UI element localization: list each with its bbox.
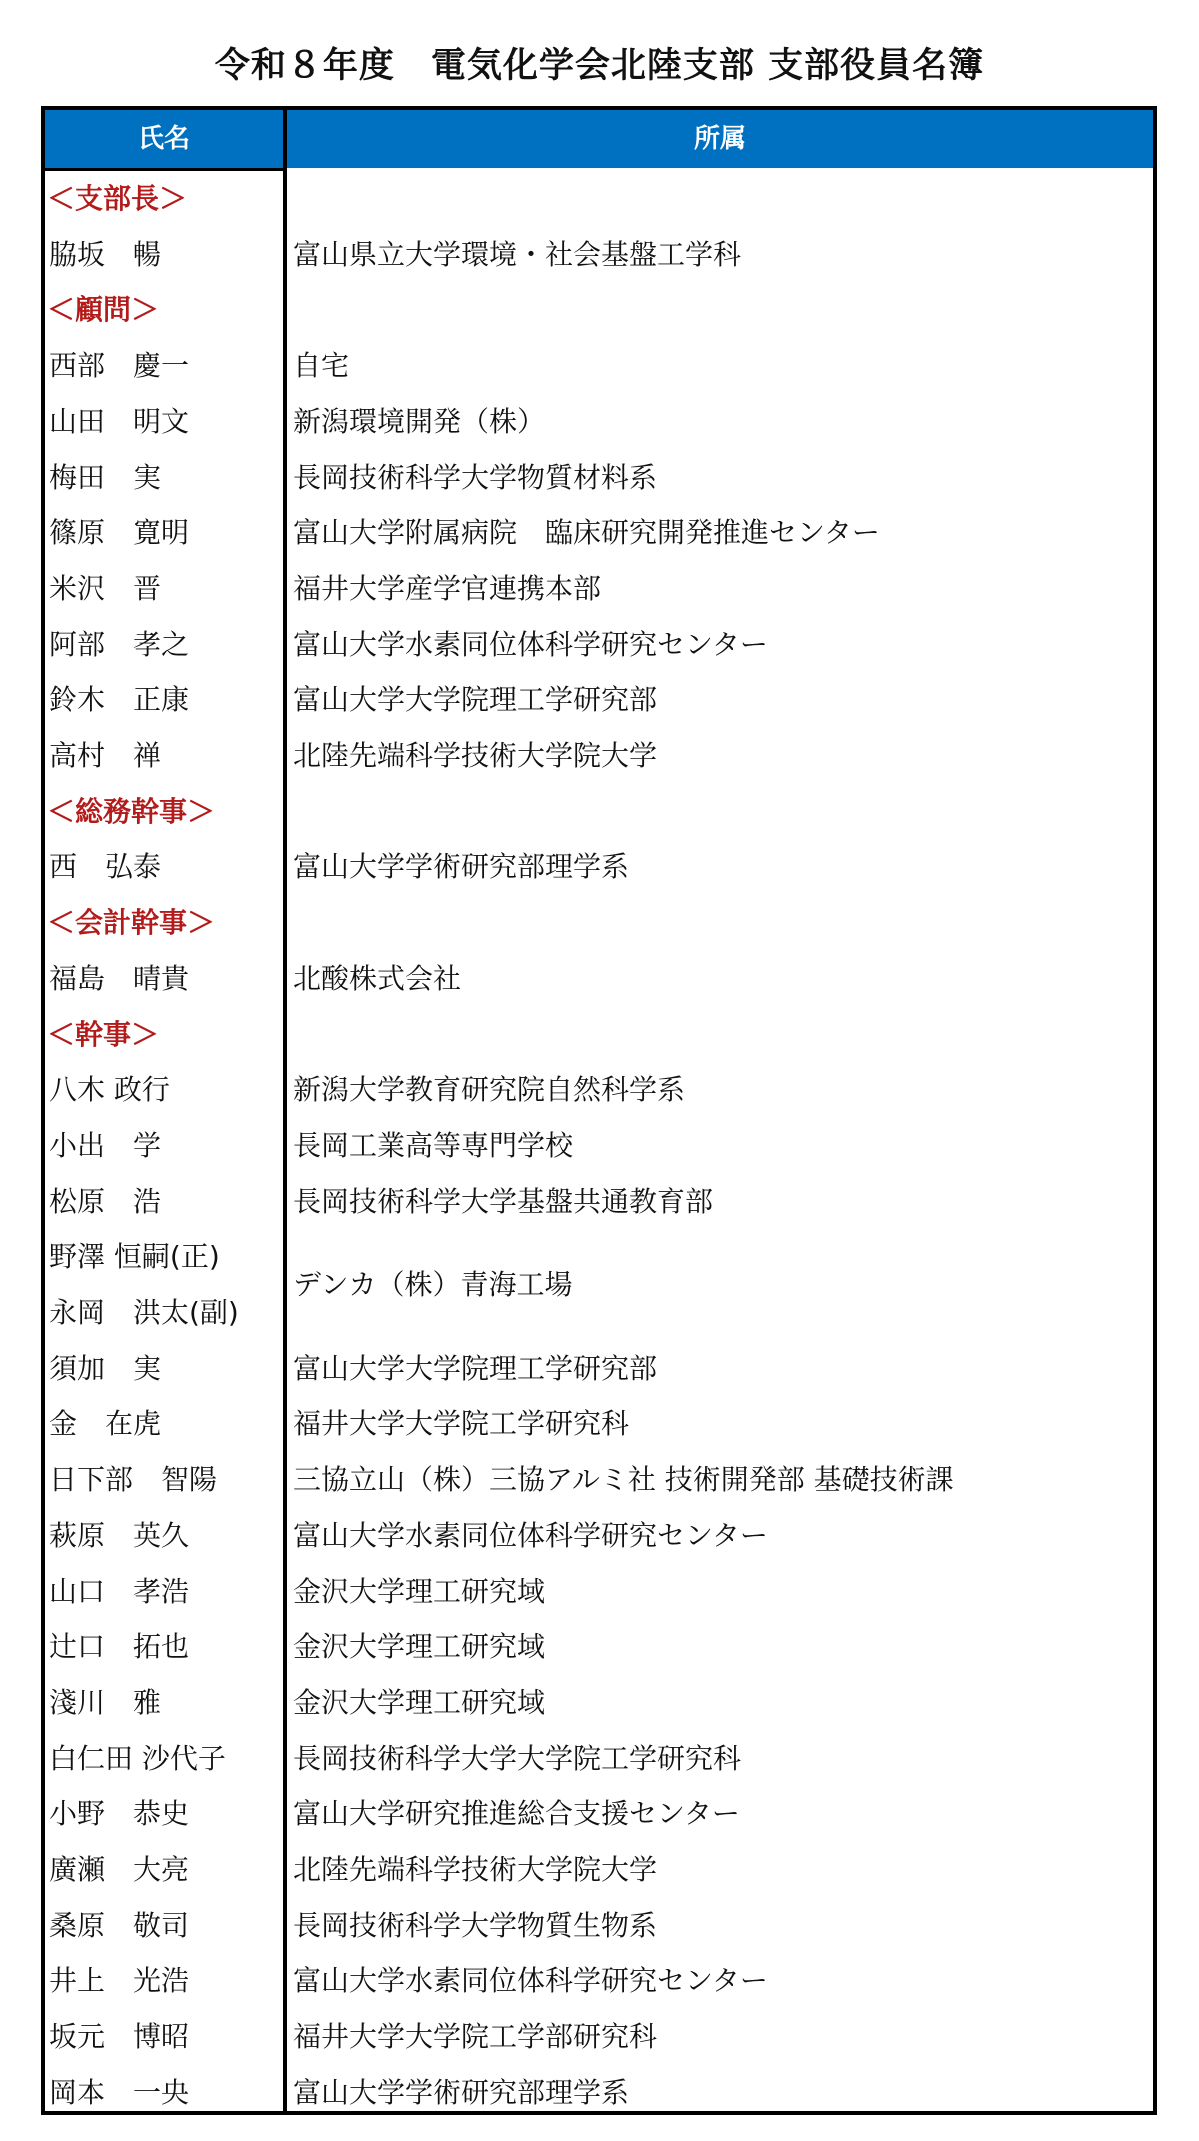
member-affiliation: 自宅 [293,338,349,394]
member-affiliation: 富山大学大学院理工学研究部 [293,672,657,728]
member-name: 山田 明文 [49,394,189,450]
member-affiliation: 長岡技術科学大学大学院工学研究科 [293,1731,741,1787]
member-affiliation: 富山県立大学環境・社会基盤工学科 [293,227,741,283]
member-name: 萩原 英久 [49,1508,189,1564]
member-name: 金 在虎 [49,1396,161,1452]
member-affiliation: 新潟環境開発（株） [293,394,545,450]
member-affiliation: 長岡工業高等専門学校 [293,1118,573,1174]
member-name: 高村 禅 [49,728,161,784]
table-row: 野澤 恒嗣(正) [45,1229,1153,1285]
section-heading-row: ＜支部長＞ [45,171,1153,227]
member-name: 松原 浩 [49,1174,161,1230]
member-affiliation: 富山大学水素同位体科学研究センター [293,1508,768,1564]
member-name: 日下部 智陽 [49,1452,217,1508]
member-name: 淺川 雅 [49,1675,161,1731]
table-row: 淺川 雅金沢大学理工研究域 [45,1675,1153,1731]
table-row: 八木 政行新潟大学教育研究院自然科学系 [45,1062,1153,1118]
table-row: 梅田 実長岡技術科学大学物質材料系 [45,450,1153,506]
member-name: 鈴木 正康 [49,672,189,728]
table-row: 山口 孝浩金沢大学理工研究域 [45,1564,1153,1620]
member-affiliation: 新潟大学教育研究院自然科学系 [293,1062,685,1118]
section-label: ＜支部長＞ [47,171,187,227]
member-name: 岡本 一央 [49,2065,189,2121]
table-row: 高村 禅北陸先端科学技術大学院大学 [45,728,1153,784]
table-row: 日下部 智陽三協立山（株）三協アルミ社 技術開発部 基礎技術課 [45,1452,1153,1508]
member-name: 梅田 実 [49,450,161,506]
officer-roster-table: 氏名 所属 ＜支部長＞脇坂 暢富山県立大学環境・社会基盤工学科＜顧問＞西部 慶一… [41,106,1157,2115]
member-affiliation: 三協立山（株）三協アルミ社 技術開発部 基礎技術課 [293,1452,954,1508]
member-name: 米沢 晋 [49,561,161,617]
member-name: 桑原 敬司 [49,1898,189,1954]
table-row: 井上 光浩富山大学水素同位体科学研究センター [45,1953,1153,2009]
section-label: ＜総務幹事＞ [47,784,215,840]
member-name: 阿部 孝之 [49,617,189,673]
table-row: 辻口 拓也金沢大学理工研究域 [45,1619,1153,1675]
member-name: 井上 光浩 [49,1953,189,2009]
member-name: 脇坂 暢 [49,227,161,283]
section-heading-row: ＜会計幹事＞ [45,895,1153,951]
table-row: 金 在虎福井大学大学院工学研究科 [45,1396,1153,1452]
member-affiliation: 北陸先端科学技術大学院大学 [293,728,657,784]
member-affiliation: 福井大学大学院工学部研究科 [293,2009,657,2065]
member-affiliation: 福井大学産学官連携本部 [293,561,601,617]
column-divider [283,110,287,2111]
merged-affiliation: デンカ（株）青海工場 [293,1229,572,1340]
member-name: 西 弘泰 [49,839,161,895]
table-row: 小出 学長岡工業高等専門学校 [45,1118,1153,1174]
table-row: 西部 慶一自宅 [45,338,1153,394]
table-row: 松原 浩長岡技術科学大学基盤共通教育部 [45,1174,1153,1230]
member-name: 坂元 博昭 [49,2009,189,2065]
table-row: 岡本 一央富山大学学術研究部理学系 [45,2065,1153,2121]
table-row: 須加 実富山大学大学院理工学研究部 [45,1341,1153,1397]
member-affiliation: 富山大学水素同位体科学研究センター [293,1953,768,2009]
section-label: ＜幹事＞ [47,1007,159,1063]
member-affiliation: 北酸株式会社 [293,951,461,1007]
member-name: 八木 政行 [49,1062,170,1118]
table-row: 山田 明文新潟環境開発（株） [45,394,1153,450]
table-row: 坂元 博昭福井大学大学院工学部研究科 [45,2009,1153,2065]
section-label: ＜会計幹事＞ [47,895,215,951]
member-affiliation: 金沢大学理工研究域 [293,1619,545,1675]
member-affiliation: 長岡技術科学大学物質生物系 [293,1898,657,1954]
table-row: 小野 恭史富山大学研究推進総合支援センター [45,1786,1153,1842]
member-name: 辻口 拓也 [49,1619,189,1675]
member-affiliation: 北陸先端科学技術大学院大学 [293,1842,657,1898]
table-row: 米沢 晋福井大学産学官連携本部 [45,561,1153,617]
section-heading-row: ＜幹事＞ [45,1007,1153,1063]
table-row: 廣瀬 大亮北陸先端科学技術大学院大学 [45,1842,1153,1898]
member-name: 永岡 洪太(副) [49,1285,239,1341]
member-name: 山口 孝浩 [49,1564,189,1620]
section-label: ＜顧問＞ [47,282,159,338]
member-affiliation: 金沢大学理工研究域 [293,1675,545,1731]
member-name: 篠原 寛明 [49,505,189,561]
table-row: 永岡 洪太(副) [45,1285,1153,1341]
table-row: 西 弘泰富山大学学術研究部理学系 [45,839,1153,895]
member-name: 小出 学 [49,1118,161,1174]
member-affiliation: 長岡技術科学大学基盤共通教育部 [293,1174,713,1230]
section-heading-row: ＜顧問＞ [45,282,1153,338]
member-affiliation: 福井大学大学院工学研究科 [293,1396,629,1452]
member-affiliation: 富山大学水素同位体科学研究センター [293,617,768,673]
member-affiliation: 金沢大学理工研究域 [293,1564,545,1620]
member-name: 福島 晴貴 [49,951,189,1007]
member-affiliation: 富山大学学術研究部理学系 [293,2065,629,2121]
member-name: 須加 実 [49,1341,161,1397]
table-row: 萩原 英久富山大学水素同位体科学研究センター [45,1508,1153,1564]
header-name: 氏名 [45,110,283,168]
section-heading-row: ＜総務幹事＞ [45,784,1153,840]
member-name: 野澤 恒嗣(正) [49,1229,220,1285]
member-name: 白仁田 沙代子 [49,1731,226,1787]
table-row: 福島 晴貴北酸株式会社 [45,951,1153,1007]
table-row: 阿部 孝之富山大学水素同位体科学研究センター [45,617,1153,673]
header-affiliation: 所属 [287,110,1153,168]
table-row: 篠原 寛明富山大学附属病院 臨床研究開発推進センター [45,505,1153,561]
table-row: 脇坂 暢富山県立大学環境・社会基盤工学科 [45,227,1153,283]
member-affiliation: 長岡技術科学大学物質材料系 [293,450,657,506]
member-name: 廣瀬 大亮 [49,1842,189,1898]
member-affiliation: 富山大学附属病院 臨床研究開発推進センター [293,505,880,561]
table-header: 氏名 所属 [45,110,1153,168]
member-affiliation: 富山大学研究推進総合支援センター [293,1786,740,1842]
table-row: 白仁田 沙代子長岡技術科学大学大学院工学研究科 [45,1731,1153,1787]
member-name: 西部 慶一 [49,338,189,394]
table-row: 桑原 敬司長岡技術科学大学物質生物系 [45,1898,1153,1954]
member-name: 小野 恭史 [49,1786,189,1842]
table-row: 鈴木 正康富山大学大学院理工学研究部 [45,672,1153,728]
member-affiliation: 富山大学学術研究部理学系 [293,839,629,895]
member-affiliation: 富山大学大学院理工学研究部 [293,1341,657,1397]
page-title: 令和８年度 電気化学会北陸支部 支部役員名簿 [0,38,1199,88]
